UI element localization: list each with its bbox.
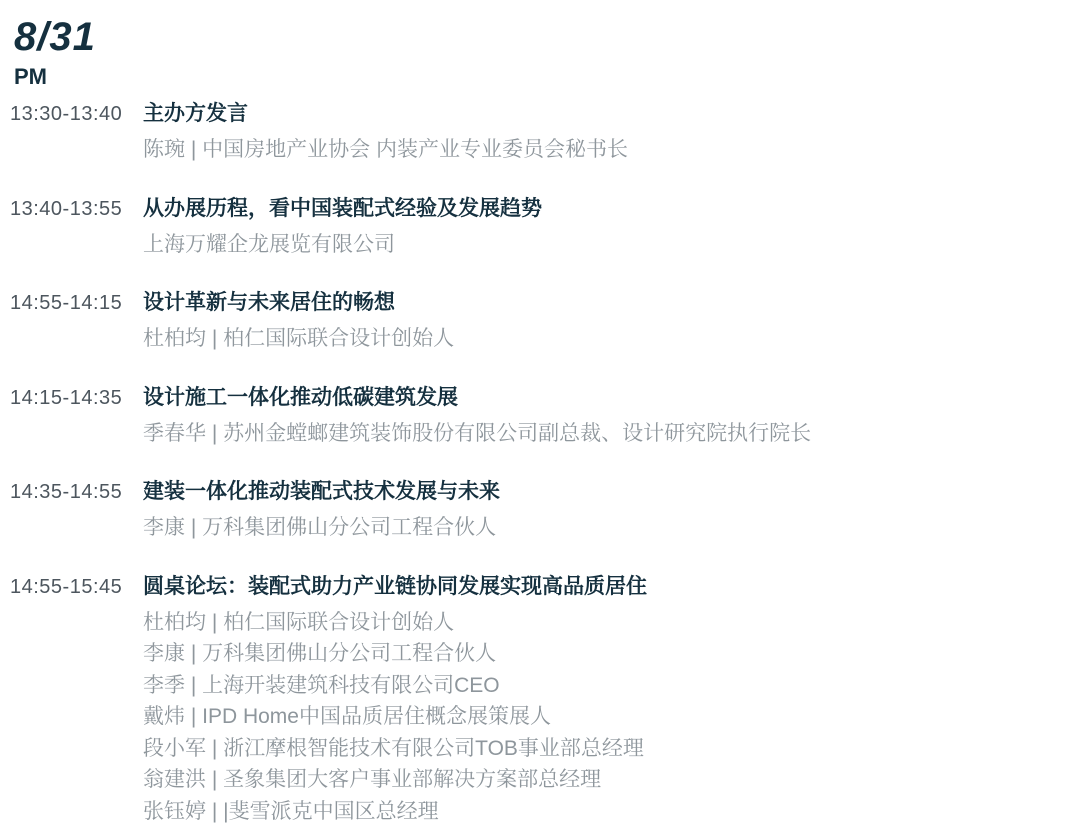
speaker: 戴炜 | IPD Home中国品质居住概念展策展人 (143, 701, 1060, 733)
session-title: 设计施工一体化推动低碳建筑发展 (143, 382, 458, 413)
speaker-list: 季春华 | 苏州金螳螂建筑装饰股份有限公司副总裁、设计研究院执行院长 (143, 418, 1060, 450)
speaker: 段小军 | 浙江摩根智能技术有限公司TOB事业部总经理 (143, 733, 1060, 765)
session-title: 从办展历程，看中国装配式经验及发展趋势 (143, 193, 542, 224)
speaker-list: 杜柏均 | 柏仁国际联合设计创始人 (143, 323, 1060, 355)
session-prefab-tech: 14:35-14:55 建装一体化推动装配式技术发展与未来 李康 | 万科集团佛… (10, 476, 1060, 544)
period-label: PM (14, 62, 1060, 92)
agenda-list: 13:30-13:40 主办方发言 陈琬 | 中国房地产业协会 内装产业专业委员… (10, 98, 1060, 824)
session-time: 14:15-14:35 (10, 383, 143, 414)
session-time: 14:35-14:55 (10, 477, 143, 508)
schedule-page: 8/31 PM 13:30-13:40 主办方发言 陈琬 | 中国房地产业协会 … (0, 0, 1080, 824)
speaker-list: 杜柏均 | 柏仁国际联合设计创始人 李康 | 万科集团佛山分公司工程合伙人 李季… (143, 607, 1060, 824)
session-row: 13:30-13:40 主办方发言 (10, 98, 1060, 130)
session-row: 14:15-14:35 设计施工一体化推动低碳建筑发展 (10, 382, 1060, 414)
session-opening-remarks: 13:30-13:40 主办方发言 陈琬 | 中国房地产业协会 内装产业专业委员… (10, 98, 1060, 166)
date-heading: 8/31 (14, 14, 1060, 60)
session-title: 圆桌论坛：装配式助力产业链协同发展实现高品质居住 (143, 571, 647, 602)
session-title: 主办方发言 (143, 98, 248, 129)
speaker: 杜柏均 | 柏仁国际联合设计创始人 (143, 607, 1060, 639)
session-title: 设计革新与未来居住的畅想 (143, 287, 395, 318)
speaker-list: 上海万耀企龙展览有限公司 (143, 229, 1060, 261)
speaker: 杜柏均 | 柏仁国际联合设计创始人 (143, 323, 1060, 355)
speaker-list: 李康 | 万科集团佛山分公司工程合伙人 (143, 512, 1060, 544)
page-header: 8/31 PM (14, 14, 1060, 92)
session-roundtable: 14:55-15:45 圆桌论坛：装配式助力产业链协同发展实现高品质居住 杜柏均… (10, 571, 1060, 824)
session-low-carbon: 14:15-14:35 设计施工一体化推动低碳建筑发展 季春华 | 苏州金螳螂建… (10, 382, 1060, 450)
speaker: 翁建洪 | 圣象集团大客户事业部解决方案部总经理 (143, 764, 1060, 796)
session-design-innovation: 14:55-14:15 设计革新与未来居住的畅想 杜柏均 | 柏仁国际联合设计创… (10, 287, 1060, 355)
session-row: 14:35-14:55 建装一体化推动装配式技术发展与未来 (10, 476, 1060, 508)
session-time: 13:30-13:40 (10, 99, 143, 130)
session-row: 14:55-14:15 设计革新与未来居住的畅想 (10, 287, 1060, 319)
session-row: 14:55-15:45 圆桌论坛：装配式助力产业链协同发展实现高品质居住 (10, 571, 1060, 603)
session-time: 14:55-14:15 (10, 288, 143, 319)
speaker-list: 陈琬 | 中国房地产业协会 内装产业专业委员会秘书长 (143, 134, 1060, 166)
speaker: 季春华 | 苏州金螳螂建筑装饰股份有限公司副总裁、设计研究院执行院长 (143, 418, 1060, 450)
session-time: 14:55-15:45 (10, 572, 143, 603)
session-title: 建装一体化推动装配式技术发展与未来 (143, 476, 500, 507)
speaker: 李康 | 万科集团佛山分公司工程合伙人 (143, 638, 1060, 670)
speaker: 张钰婷 | |斐雪派克中国区总经理 (143, 796, 1060, 824)
speaker: 李季 | 上海开装建筑科技有限公司CEO (143, 670, 1060, 702)
session-time: 13:40-13:55 (10, 194, 143, 225)
session-exhibition-history: 13:40-13:55 从办展历程，看中国装配式经验及发展趋势 上海万耀企龙展览… (10, 193, 1060, 261)
session-row: 13:40-13:55 从办展历程，看中国装配式经验及发展趋势 (10, 193, 1060, 225)
speaker: 上海万耀企龙展览有限公司 (143, 229, 1060, 261)
speaker: 李康 | 万科集团佛山分公司工程合伙人 (143, 512, 1060, 544)
speaker: 陈琬 | 中国房地产业协会 内装产业专业委员会秘书长 (143, 134, 1060, 166)
